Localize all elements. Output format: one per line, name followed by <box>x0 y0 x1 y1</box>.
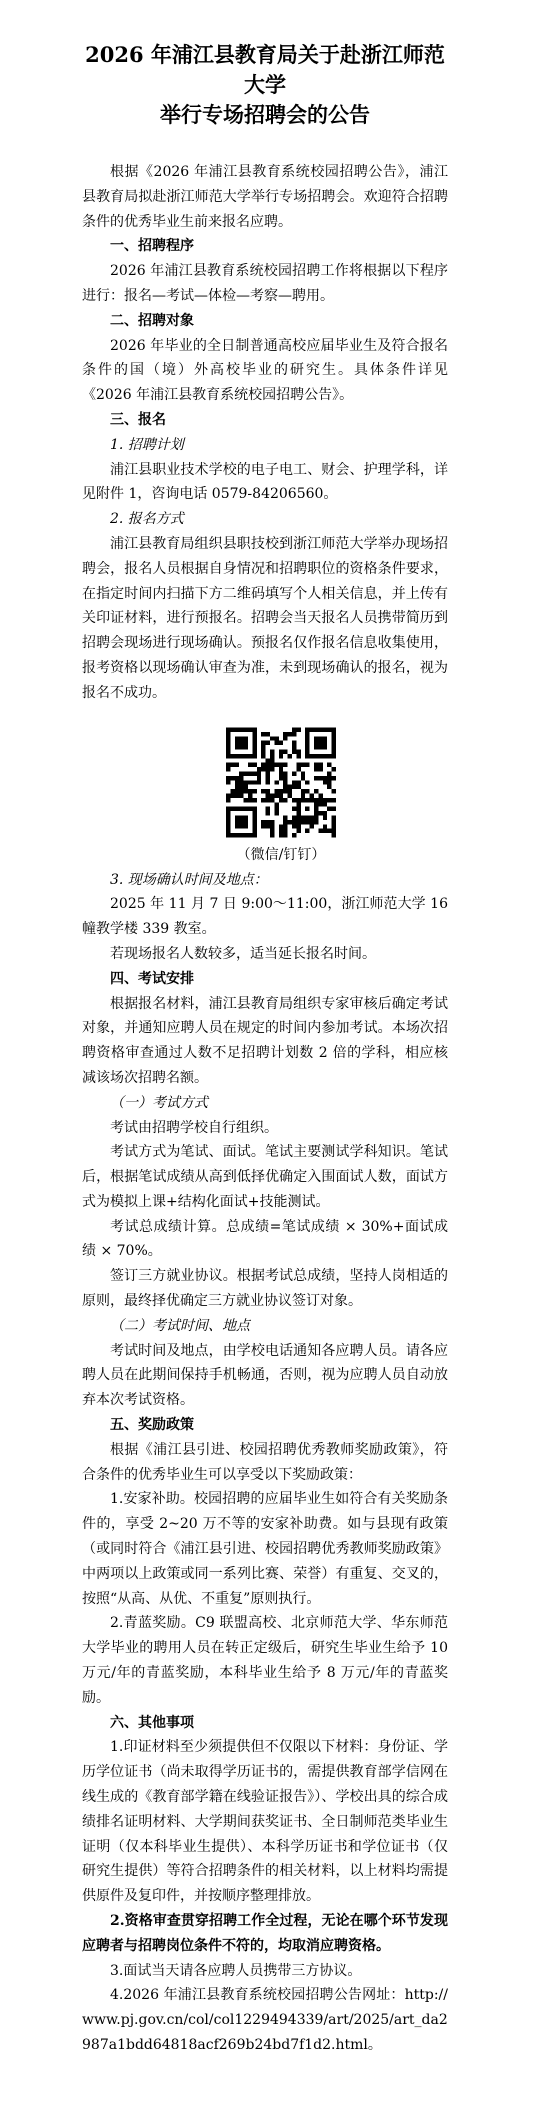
para-settlement-subsidy: 1.安家补助。校园招聘的应届毕业生如符合有关奖励条件的，享受 2~20 万不等的… <box>82 1487 448 1611</box>
para-extension-note: 若现场报名人数较多，适当延长报名时间。 <box>82 942 448 967</box>
para-recruitment-plan: 浦江县职业技术学校的电子电工、财会、护理学科，详见附件 1，咨询电话 0579-… <box>82 458 448 508</box>
heading-exam-arrangement: 四、考试安排 <box>82 967 448 992</box>
para-qualification-review: 2.资格审查贯穿招聘工作全过程，无论在哪个环节发现应聘者与招聘岗位条件不符的，均… <box>82 1909 448 1959</box>
page-title-line-2: 举行专场招聘会的公告 <box>82 100 448 130</box>
qr-figure: （微信/钉钉） <box>98 726 464 868</box>
para-score-calculation: 考试总成绩计算。总成绩=笔试成绩 × 30%+面试成绩 × 70%。 <box>82 1215 448 1265</box>
para-registration-method: 浦江县教育局组织县职技校到浙江师范大学举办现场招聘会，报名人员根据自身情况和招聘… <box>82 532 448 706</box>
para-interview-agreement: 3.面试当天请各应聘人员携带三方协议。 <box>82 1959 448 1984</box>
para-required-materials: 1.印证材料至少须提供但不仅限以下材料：身份证、学历学位证书（尚未取得学历证书的… <box>82 1735 448 1909</box>
page-title: 2026 年浦江县教育局关于赴浙江师范大学 举行专场招聘会的公告 <box>82 40 448 130</box>
announcement-document: 2026 年浦江县教育局关于赴浙江师范大学 举行专场招聘会的公告 根据《2026… <box>0 0 554 2116</box>
subheading-registration-method: 2. 报名方式 <box>82 507 448 532</box>
para-recruitment-targets: 2026 年毕业的全日制普通高校应届毕业生及符合报名条件的国（境）外高校毕业的研… <box>82 334 448 408</box>
heading-recruitment-procedure: 一、招聘程序 <box>82 234 448 259</box>
subheading-exam-time-place: （二）考试时间、地点 <box>82 1314 448 1339</box>
para-reward-intro: 根据《浦江县引进、校园招聘优秀教师奖励政策》，符合条件的优秀毕业生可以享受以下奖… <box>82 1438 448 1488</box>
heading-reward-policy: 五、奖励政策 <box>82 1413 448 1438</box>
para-procedure-steps: 2026 年浦江县教育系统校园招聘工作将根据以下程序进行：报名—考试—体检—考察… <box>82 259 448 309</box>
intro-paragraph: 根据《2026 年浦江县教育系统校园招聘公告》，浦江县教育局拟赴浙江师范大学举行… <box>82 160 448 234</box>
qr-code-image <box>226 726 336 839</box>
para-exam-format: 考试方式为笔试、面试。笔试主要测试学科知识。笔试后，根据笔试成绩从高到低择优确定… <box>82 1140 448 1214</box>
heading-recruitment-targets: 二、招聘对象 <box>82 309 448 334</box>
qr-caption: （微信/钉钉） <box>98 843 464 868</box>
para-confirmation-time-place: 2025 年 11 月 7 日 9:00～11:00，浙江师范大学 16 幢教学… <box>82 892 448 942</box>
heading-registration: 三、报名 <box>82 408 448 433</box>
para-exam-review: 根据报名材料，浦江县教育局组织专家审核后确定考试对象，并通知应聘人员在规定的时间… <box>82 992 448 1091</box>
subheading-recruitment-plan: 1. 招聘计划 <box>82 433 448 458</box>
para-exam-organizer: 考试由招聘学校自行组织。 <box>82 1116 448 1141</box>
heading-other-matters: 六、其他事项 <box>82 1711 448 1736</box>
para-agreement-signing: 签订三方就业协议。根据考试总成绩，坚持人岗相适的原则，最终择优确定三方就业协议签… <box>82 1264 448 1314</box>
subheading-exam-method: （一）考试方式 <box>82 1091 448 1116</box>
subheading-onsite-confirmation: 3. 现场确认时间及地点： <box>82 868 448 893</box>
para-qinglan-reward: 2.青蓝奖励。C9 联盟高校、北京师范大学、华东师范大学毕业的聘用人员在转正定级… <box>82 1611 448 1710</box>
page-title-line-1: 2026 年浦江县教育局关于赴浙江师范大学 <box>82 40 448 100</box>
para-exam-notification: 考试时间及地点，由学校电话通知各应聘人员。请各应聘人员在此期间保持手机畅通，否则… <box>82 1339 448 1413</box>
para-announcement-url: 4.2026 年浦江县教育系统校园招聘公告网址：http://www.pj.go… <box>82 1983 448 2057</box>
